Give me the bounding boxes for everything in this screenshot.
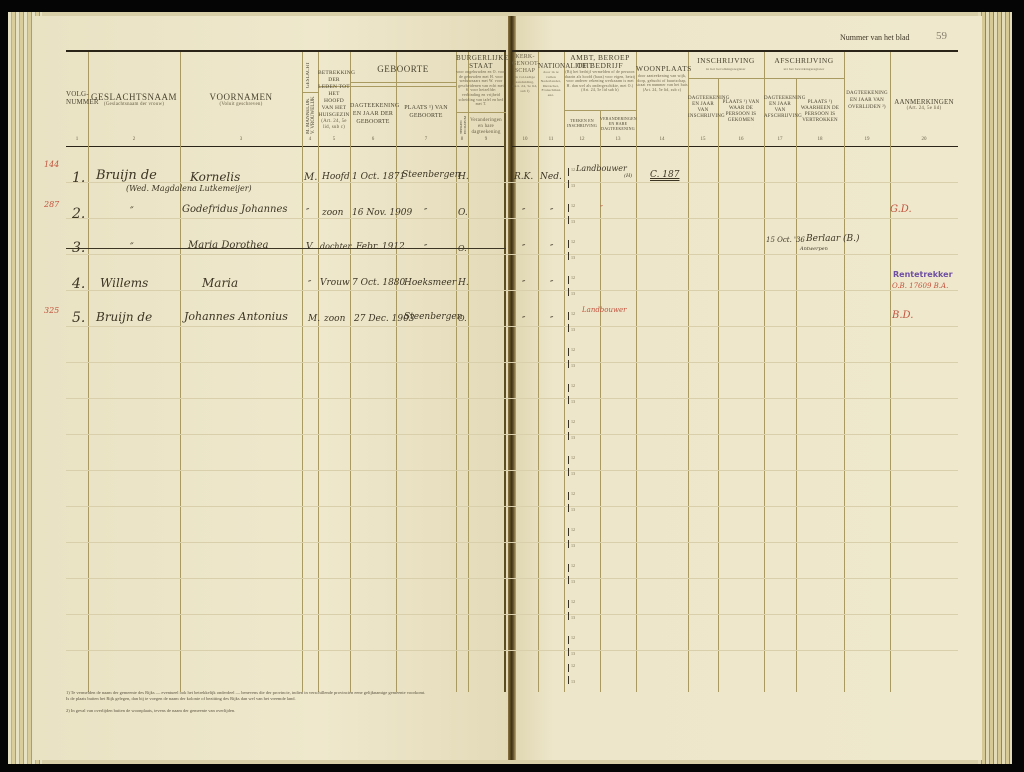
header-plaats-vertrokken: Plaats ¹) waarheen de persoon is vertrok… (796, 100, 844, 124)
margin-number: 287 (44, 200, 59, 209)
header-veranderingen: Veranderingen en hare dagteekening (468, 118, 504, 136)
entry-number: 1. (72, 170, 85, 186)
relation: zoon (322, 208, 343, 218)
relation: Vrouw (320, 278, 350, 288)
column-number: 3 (180, 137, 302, 142)
sex: ″ (308, 280, 311, 290)
col-divider (764, 52, 765, 692)
header-sub-rule (350, 82, 456, 83)
header-top-rule-right (512, 50, 958, 52)
sub-note: (Wed. Magdalena Lutkemeijer) (126, 184, 252, 193)
header-woonplaats: Woonplaats door aanteekening van wijk, d… (636, 64, 688, 92)
col-divider (890, 52, 891, 692)
occupation: Landbouwer (582, 306, 627, 314)
header-teeken: Teeken en datum (459, 116, 467, 134)
birth-date: 1 Oct. 1871 (352, 172, 405, 182)
rentetrekker-stamp: Rentetrekker (893, 270, 953, 279)
occupation-red-mark: ″ (600, 204, 603, 213)
header-geboorte: Geboorte (350, 64, 456, 74)
entry-number: 4. (72, 276, 85, 292)
col-divider (796, 78, 797, 692)
header-plaats-gekomen: Plaats ¹) van waar de persoon is gekomen (718, 100, 764, 124)
column-number: 13 (600, 137, 636, 142)
civil-status: H. (458, 278, 469, 288)
stamp-note: O.B. 17609 B.A. (892, 282, 948, 290)
religion: R.K. (514, 172, 533, 182)
entry-number: 2. (72, 206, 85, 222)
col-divider (538, 52, 539, 692)
footnote-1: 1) Te vermelden de naam der gemeente des… (66, 690, 426, 701)
header-ambt-beroep: Ambt, beroep of bedrijf (Bij het bedrijf… (564, 54, 636, 93)
birth-date: 7 Oct. 1880 (352, 278, 405, 288)
header-nationaliteit: Nationaliteit door in te vullen Nederlan… (538, 62, 564, 97)
relation: zoon (324, 314, 345, 324)
given-names: Godefridus Johannes (182, 204, 288, 215)
header-veranderingen-beroep: Veranderingen en hare dagteekening (600, 116, 636, 131)
header-aanmerkingen: Aanmerkingen (Art. 24, 5e lid) (890, 98, 958, 112)
relation: dochter (320, 242, 351, 251)
header-volgnummer: Volg-nummer (66, 90, 88, 106)
header-geslachtsnaam: Geslachtsnaam (Geslachtsnaam der vrouw) (88, 92, 180, 108)
nationality: ″ (550, 208, 553, 218)
sex: M. (308, 314, 320, 324)
header-bottom-rule (66, 146, 506, 147)
footnote-2: 2) In geval van overlijden buiten de woo… (66, 708, 426, 714)
header-bottom-rule-right (512, 146, 958, 147)
header-afschrijving: Afschrijving uit het bevolkingsregister (764, 56, 844, 72)
col-divider (718, 78, 719, 692)
nationality: Ned. (540, 172, 562, 182)
header-overlijden: Dagteekening en jaar van overlijden ²) (844, 90, 890, 111)
header-sub-rule (456, 112, 506, 113)
column-number: 10 (512, 137, 538, 142)
sex: V. (306, 242, 314, 252)
col-divider (504, 52, 506, 692)
col-divider (302, 52, 303, 692)
header-teeken-inschrijving: Teeken en inschrijving (564, 118, 600, 128)
birth-place: Steenbergen (402, 170, 461, 180)
deregistration-place: Berlaar (B.) (806, 234, 860, 244)
religion: ″ (522, 316, 525, 326)
col-divider (468, 52, 469, 692)
header-geslacht: Geslacht (306, 58, 311, 88)
given-names: Kornelis (190, 170, 240, 184)
column-number: 2 (88, 137, 180, 142)
birth-date: Febr. 1912 (356, 242, 405, 252)
nationality: ″ (550, 280, 553, 290)
column-number: 16 (718, 137, 764, 142)
col-divider (350, 52, 351, 692)
header-dagteekening-afschrijving: Dagteekening en jaar van afschrijving (764, 96, 796, 120)
sex: M. (304, 172, 317, 183)
header-kerkgenootschap: Kerk-genoot-schap in vol-ledige aanduidi… (512, 54, 538, 93)
surname: Willems (100, 276, 148, 290)
surname: ″ (130, 206, 134, 217)
header-voornamen: Voornamen (Voluit geschreven) (180, 92, 302, 108)
header-sub-rule (302, 92, 318, 93)
religion: ″ (522, 280, 525, 290)
header-top-rule (66, 50, 506, 52)
col-divider (396, 52, 397, 692)
col-divider (600, 110, 601, 692)
page-number-label: Nummer van het blad (840, 33, 910, 42)
register-sheet: Nummer van het blad 59 (0, 0, 1024, 772)
page-number: 59 (936, 30, 947, 42)
header-burgerlijke-staat: Burgerlijke staat voor ongehuwden en O. … (456, 54, 506, 107)
column-number: 15 (688, 137, 718, 142)
civil-status: O. (458, 314, 467, 323)
given-names: Johannes Antonius (184, 310, 288, 323)
header-dagteekening-inschrijving: Dagteekening en jaar van inschrijving (688, 96, 718, 120)
column-number: 14 (636, 137, 688, 142)
birth-place: Hoeksmeer (404, 278, 456, 288)
header-plaats-geboorte: Plaats ¹) van geboorte (396, 104, 456, 120)
residence: C. 187 (650, 170, 679, 180)
column-number: 12 (564, 137, 600, 142)
column-number: 17 (764, 137, 796, 142)
col-divider (844, 52, 845, 692)
civil-status: H. (458, 172, 469, 182)
given-names: Maria (202, 276, 238, 290)
col-divider (456, 52, 457, 692)
remark: B.D. (892, 310, 913, 321)
surname: Bruijn de (96, 310, 152, 324)
remark: G.D. (890, 204, 912, 215)
nationality: ″ (550, 316, 553, 326)
column-number: 19 (844, 137, 890, 142)
sex: ″ (306, 208, 309, 218)
relation: Hoofd (322, 172, 350, 182)
col-divider (318, 52, 319, 692)
birth-place: ″ (424, 208, 427, 218)
col-divider (180, 52, 181, 692)
header-dagteekening-geboorte: Dagteekening en jaar der geboorte (350, 102, 396, 126)
occupation: Landbouwer (576, 164, 627, 173)
column-number: 11 (538, 137, 564, 142)
given-names: Maria Dorothea (188, 240, 269, 251)
header-sub-rule (564, 110, 636, 111)
occupation-note: (H) (624, 173, 632, 179)
col-divider (88, 52, 89, 692)
strikethrough-line (66, 248, 506, 249)
column-number: 6 (350, 137, 396, 142)
birth-place: ″ (424, 244, 427, 254)
column-number: 9 (468, 137, 504, 142)
header-sub-rule (688, 78, 844, 79)
col-divider (636, 52, 637, 692)
deregistration-date: 15 Oct. '36 (766, 236, 805, 244)
birth-place: Steenbergen (404, 312, 463, 322)
entry-number: 5. (72, 310, 85, 326)
column-number: 18 (796, 137, 844, 142)
column-number: 7 (396, 137, 456, 142)
religion: ″ (522, 208, 525, 218)
column-number: 5 (318, 137, 350, 142)
header-betrekking: Betrekking der leden tot het hoofd van h… (318, 70, 350, 131)
nationality: ″ (550, 244, 553, 254)
column-number: 1 (66, 137, 88, 142)
header-inschrijving: Inschrijving in het bevolkingsregister (688, 56, 764, 72)
civil-status: O. (458, 208, 468, 218)
column-number: 4 (302, 137, 318, 142)
col-divider (688, 52, 689, 692)
column-number: 8 (456, 137, 468, 142)
header-geslacht-sub: M. Mannelijk V. Vrouwelijk (306, 96, 316, 134)
margin-number: 325 (44, 306, 59, 315)
col-divider (564, 52, 565, 692)
surname: Bruijn de (96, 168, 157, 183)
birth-date: 16 Nov. 1909 (352, 208, 412, 218)
religion: ″ (522, 244, 525, 254)
deregistration-note: Antwerpen (800, 246, 828, 252)
margin-number: 144 (44, 160, 59, 169)
column-number: 20 (890, 137, 958, 142)
